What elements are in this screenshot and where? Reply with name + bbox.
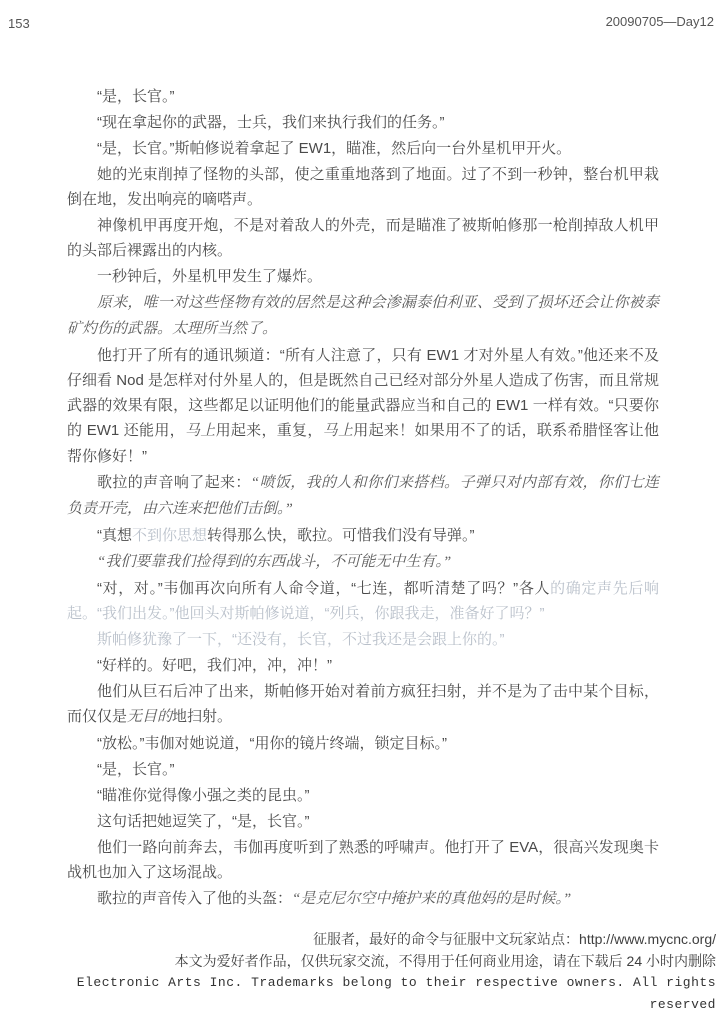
- paragraph: “真想不到你思想转得那么快，歌拉。可惜我们没有导弹。”: [67, 523, 659, 548]
- text-run: 原来，唯一对这些怪物有效的居然是这种会渗漏泰伯利亚、受到了损坏还会让你被泰矿灼伤…: [67, 295, 659, 337]
- text-run: “真想: [97, 527, 132, 544]
- text-run: “对，对。”韦伽再次向所有人命令道，“七连，都听清楚了吗？”各人: [97, 580, 550, 597]
- text-run: “是，长官。”: [97, 761, 175, 778]
- paragraph: 他们从巨石后冲了出来，斯帕修开始对着前方疯狂扫射，并不是为了击中某个目标，而仅仅…: [67, 679, 659, 730]
- text-run: 无目的: [127, 709, 172, 725]
- text-run: 转得那么快，歌拉。可惜我们没有导弹。”: [207, 527, 475, 544]
- text-run: 这句话把她逗笑了，“是，长官。”: [97, 813, 310, 830]
- text-run: “我们要靠我们捡得到的东西战斗，不可能无中生有。”: [97, 554, 451, 570]
- page-footer: 征服者，最好的命令与征服中文玩家站点：http://www.mycnc.org/…: [8, 928, 716, 1016]
- paragraph: “是，长官。”斯帕修说着拿起了 EW1，瞄准，然后向一台外星机甲开火。: [67, 136, 659, 161]
- body-text: “是，长官。”“现在拿起你的武器，士兵，我们来执行我们的任务。”“是，长官。”斯…: [67, 84, 659, 913]
- paragraph: “对，对。”韦伽再次向所有人命令道，“七连，都听清楚了吗？”各人的确定声先后响起…: [67, 576, 659, 626]
- text-run: 地扫射。: [172, 708, 232, 725]
- text-run: “是，长官。”斯帕修说着拿起了 EW1，瞄准，然后向一台外星机甲开火。: [97, 140, 571, 157]
- text-run: 歌拉的声音传入了他的头盔：: [97, 890, 292, 907]
- paragraph: 斯帕修犹豫了一下，“还没有，长官，不过我还是会跟上你的。”: [67, 627, 659, 652]
- text-run: 马上: [185, 423, 216, 439]
- paragraph: “我们要靠我们捡得到的东西战斗，不可能无中生有。”: [67, 549, 659, 575]
- paragraph: 原来，唯一对这些怪物有效的居然是这种会渗漏泰伯利亚、受到了损坏还会让你被泰矿灼伤…: [67, 290, 659, 342]
- paragraph: 她的光束削掉了怪物的头部，使之重重地落到了地面。过了不到一秒钟，整台机甲栽倒在地…: [67, 162, 659, 212]
- paragraph: “现在拿起你的武器，士兵，我们来执行我们的任务。”: [67, 110, 659, 135]
- paragraph: “好样的。好吧，我们冲，冲，冲！”: [67, 653, 659, 678]
- text-run: “放松。”韦伽对她说道，“用你的镜片终端，锁定目标。”: [97, 735, 447, 752]
- paragraph: 一秒钟后，外星机甲发生了爆炸。: [67, 264, 659, 289]
- page-number: 153: [8, 16, 30, 31]
- footer-line: Electronic Arts Inc. Trademarks belong t…: [8, 972, 716, 1016]
- text-run: 一秒钟后，外星机甲发生了爆炸。: [97, 268, 322, 285]
- paragraph: 这句话把她逗笑了，“是，长官。”: [67, 809, 659, 834]
- paragraph: 歌拉的声音响了起来：“喷饭，我的人和你们来搭档。子弹只对内部有效，你们七连负责开…: [67, 470, 659, 522]
- text-run: 歌拉的声音响了起来：: [97, 474, 251, 491]
- footer-line: 本文为爱好者作品，仅供玩家交流，不得用于任何商业用途，请在下载后 24 小时内删…: [8, 950, 716, 972]
- text-run: “是，长官。”: [97, 88, 175, 105]
- text-run: 马上: [323, 423, 354, 439]
- header-date: 20090705—Day12: [606, 14, 714, 29]
- paragraph: “放松。”韦伽对她说道，“用你的镜片终端，锁定目标。”: [67, 731, 659, 756]
- text-run: 用起来，重复，: [216, 422, 323, 439]
- text-run: 她的光束削掉了怪物的头部，使之重重地落到了地面。过了不到一秒钟，整台机甲栽倒在地…: [67, 166, 659, 208]
- paragraph: 他打开了所有的通讯频道：“所有人注意了，只有 EW1 才对外星人有效。”他还来不…: [67, 343, 659, 469]
- paragraph: “是，长官。”: [67, 757, 659, 782]
- paragraph: “瞄准你觉得像小强之类的昆虫。”: [67, 783, 659, 808]
- text-run: “是克尼尔空中掩护来的真他妈的是时候。”: [292, 891, 571, 907]
- paragraph: “是，长官。”: [67, 84, 659, 109]
- text-run: 斯帕修犹豫了一下，“还没有，长官，不过我还是会跟上你的。”: [97, 631, 505, 648]
- text-run: 神像机甲再度开炮，不是对着敌人的外壳，而是瞄准了被斯帕修那一枪削掉敌人机甲的头部…: [67, 217, 659, 259]
- text-run: “好样的。好吧，我们冲，冲，冲！”: [97, 657, 332, 674]
- paragraph: 歌拉的声音传入了他的头盔：“是克尼尔空中掩护来的真他妈的是时候。”: [67, 886, 659, 912]
- text-run: “瞄准你觉得像小强之类的昆虫。”: [97, 787, 310, 804]
- paragraph: 他们一路向前奔去，韦伽再度听到了熟悉的呼啸声。他打开了 EVA，很高兴发现奥卡战…: [67, 835, 659, 885]
- text-run: 他们一路向前奔去，韦伽再度听到了熟悉的呼啸声。他打开了 EVA，很高兴发现奥卡战…: [67, 839, 659, 881]
- text-run: 不到你思想: [132, 527, 207, 544]
- text-run: “现在拿起你的武器，士兵，我们来执行我们的任务。”: [97, 114, 445, 131]
- paragraph: 神像机甲再度开炮，不是对着敌人的外壳，而是瞄准了被斯帕修那一枪削掉敌人机甲的头部…: [67, 213, 659, 263]
- footer-line: 征服者，最好的命令与征服中文玩家站点：http://www.mycnc.org/: [8, 928, 716, 950]
